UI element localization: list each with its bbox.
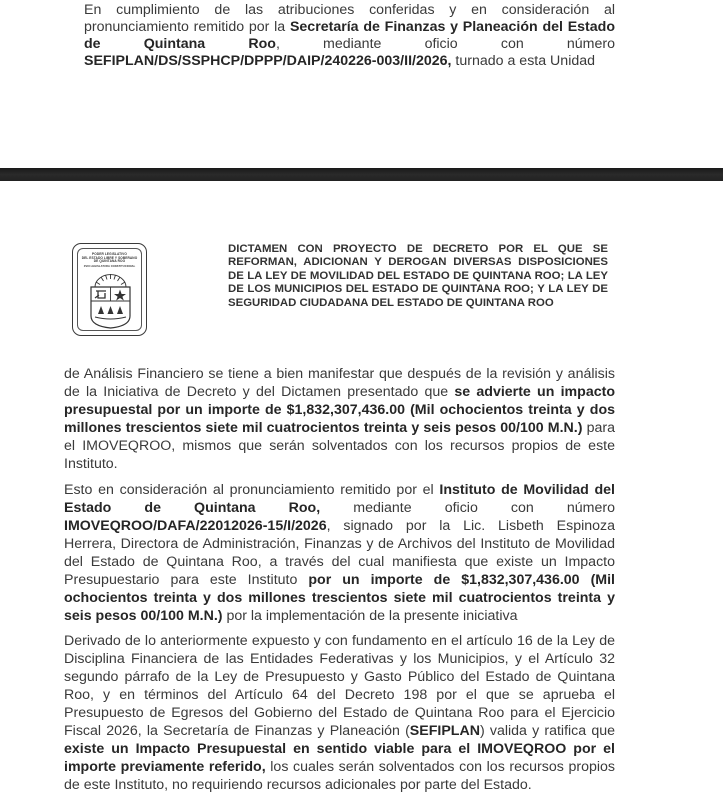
sefiplan-acronym: SEFIPLAN: [410, 723, 480, 739]
text: mediante oficio con número: [320, 500, 615, 516]
text: por la implementación de la presente ini…: [223, 608, 518, 624]
paragraph-financial-analysis: de Análisis Financiero se tiene a bien m…: [64, 365, 615, 473]
coat-of-arms-icon: [73, 244, 148, 337]
oficio-number: IMOVEQROO/DAFA/22012026-15/I/2026: [64, 518, 327, 534]
oficio-number: SEFIPLAN/DS/SSPHCP/DPPP/DAIP/240226-003/…: [84, 53, 451, 69]
paragraph-sefiplan-ratification: Derivado de lo anteriormente expuesto y …: [64, 632, 615, 794]
page-separator: [0, 168, 723, 181]
text: Esto en consideración al pronunciamiento…: [64, 482, 439, 498]
decree-title: DICTAMEN CON PROYECTO DE DECRETO POR EL …: [228, 243, 608, 310]
text: ) valida y ratifica que: [480, 723, 615, 739]
text: , mediante oficio con número: [276, 36, 615, 52]
paragraph-imoveqroo-pronouncement: Esto en consideración al pronunciamiento…: [64, 481, 615, 625]
text: turnado a esta Unidad: [451, 53, 595, 69]
previous-page-paragraph: En cumplimiento de las atribuciones conf…: [84, 2, 615, 70]
congress-logo: PODER LEGISLATIVO DEL ESTADO LIBRE Y SOB…: [72, 243, 147, 336]
